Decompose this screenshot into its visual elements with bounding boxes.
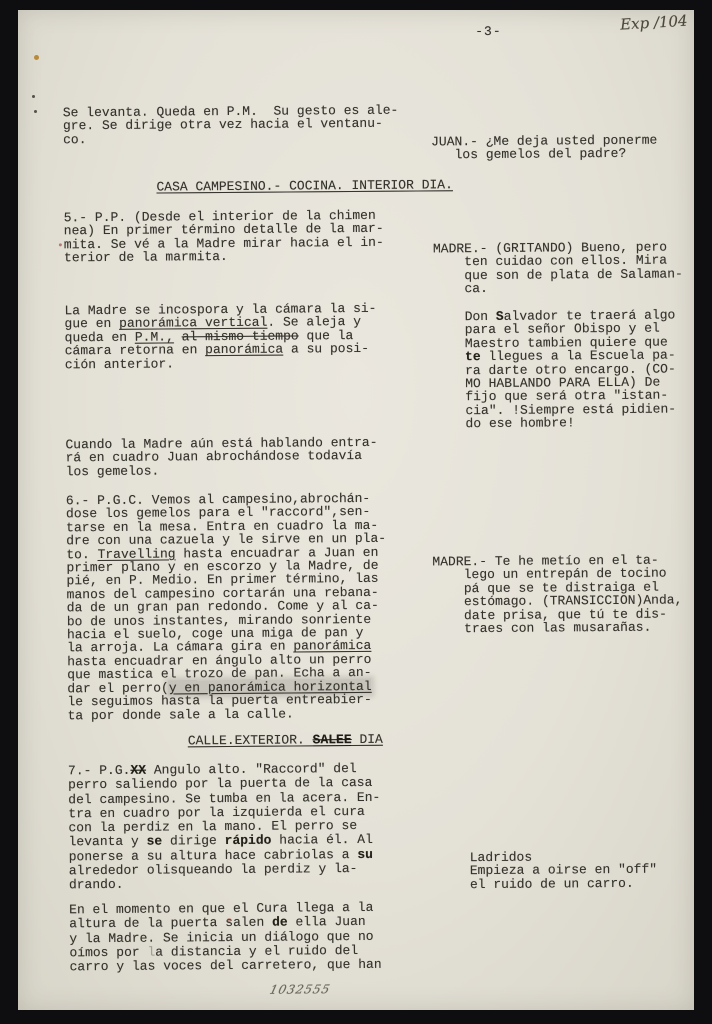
ink-speck [59, 243, 62, 246]
sound-note: LadridosEmpieza a oirse en "off"el ruido… [470, 850, 658, 892]
page-number: -3- [475, 25, 502, 39]
scanned-script-page: { "page": { "number": "-3-", "annotation… [0, 0, 712, 1024]
dialogue-madre-2: MADRE.- Te he metío en el ta- lego un en… [432, 553, 682, 635]
scene-heading-cocina: CASA CAMPESINO.- COCINA. INTERIOR DIA. [156, 178, 453, 194]
handwritten-serial-number: 1032555 [268, 983, 332, 997]
ink-speck [227, 918, 231, 922]
action-paragraph: Cuando la Madre aún está hablando entra-… [65, 436, 377, 479]
action-paragraph: En el momento en que el Cura llega a laa… [69, 901, 382, 975]
dialogue-madre-1-continued: Don Salvador te traerá algo para el seño… [433, 308, 676, 431]
dialogue-madre-1: MADRE.- (GRITANDO) Bueno, pero ten cuida… [433, 240, 683, 296]
shot-6-description: 6.- P.G.C. Vemos al campesino,abrochán-d… [66, 492, 388, 722]
shot-7-description: 7.- P.G.XX Angulo alto. "Raccord" delper… [68, 762, 381, 893]
shot-5-description: 5.- P.P. (Desde el interior de la chimen… [64, 209, 384, 265]
action-paragraph: Se levanta. Queda en P.M. Su gesto es al… [63, 104, 399, 147]
scene-heading-calle: CALLE.EXTERIOR. SALEE DIA [188, 733, 383, 748]
typewritten-content: -3- Exp /104 Se levanta. Queda en P.M. S… [0, 0, 712, 1024]
action-paragraph: La Madre se incospora y la cámara la si-… [64, 302, 377, 371]
handwritten-annotation: Exp /104 [620, 15, 688, 32]
dialogue-juan: JUAN.- ¿Me deja usted ponerme los gemelo… [431, 134, 657, 163]
